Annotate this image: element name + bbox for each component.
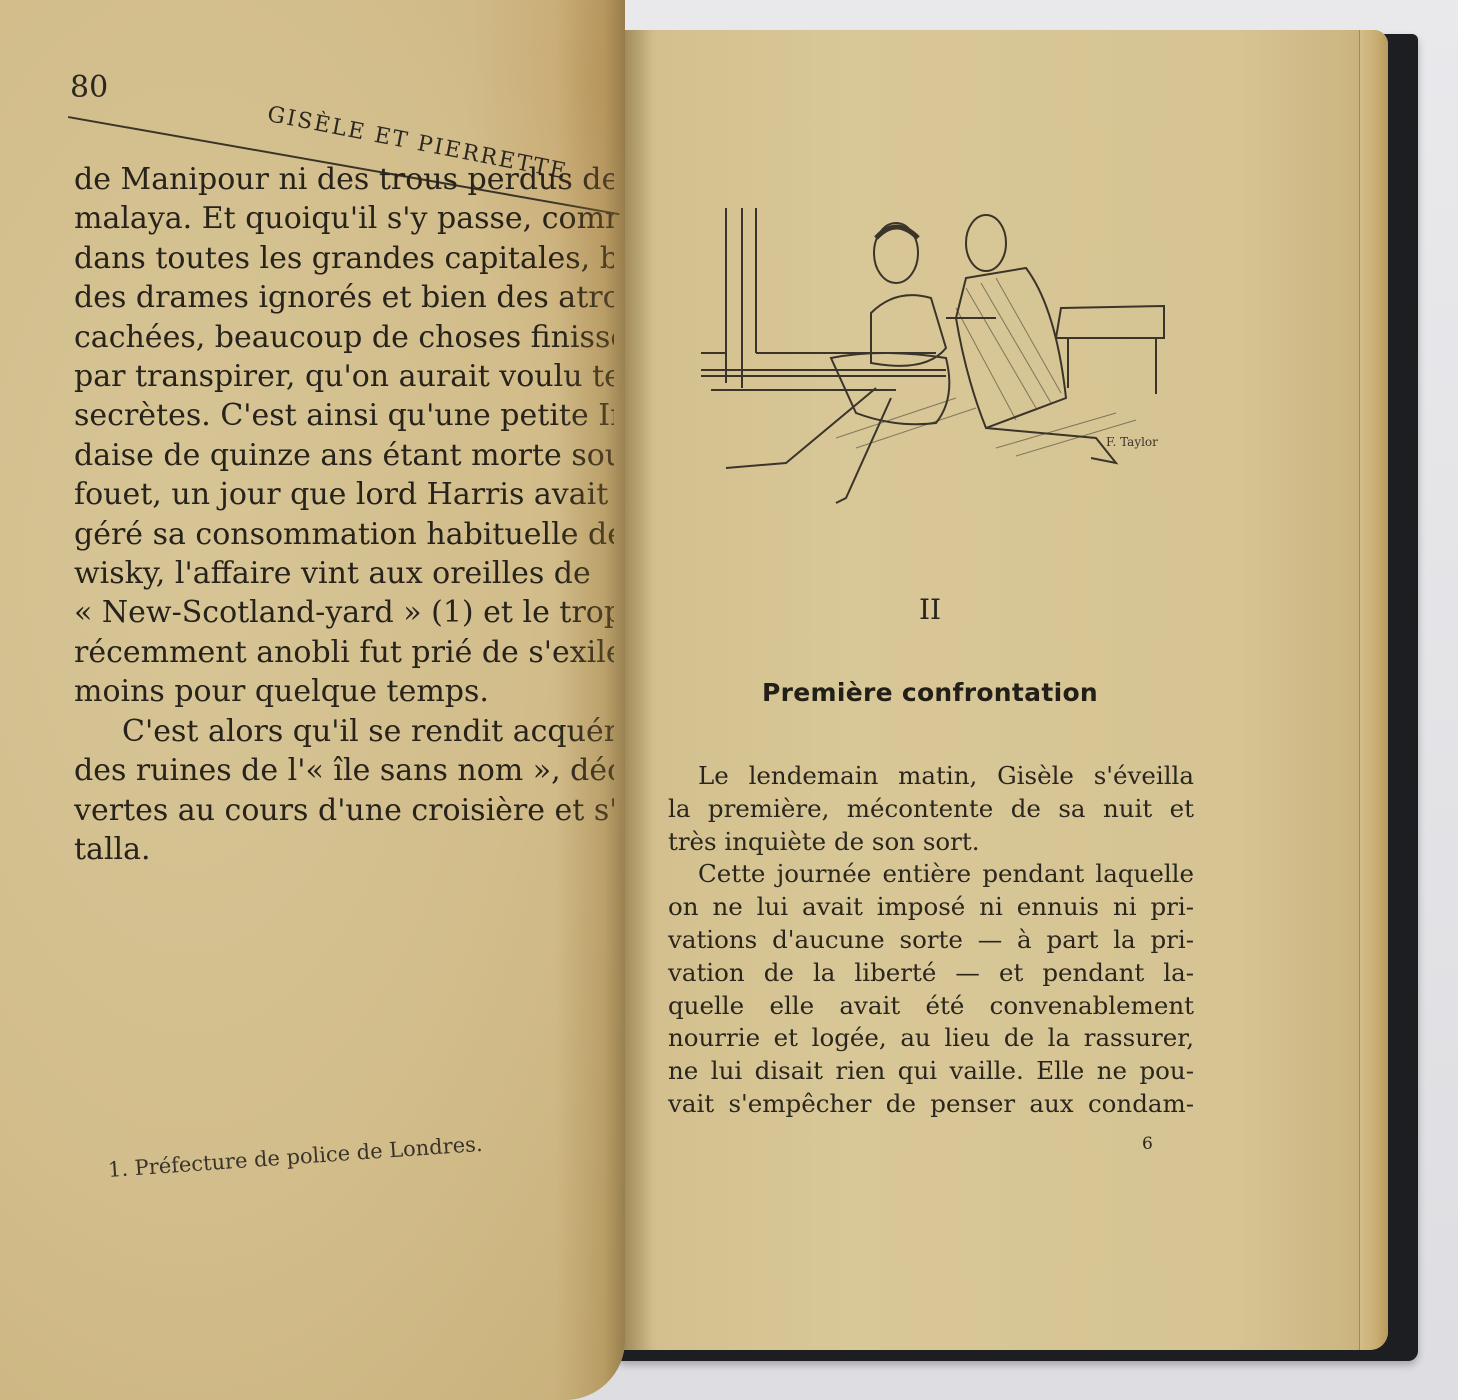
text-line: cachées, beaucoup de choses finissent [74,318,614,357]
text-line: malaya. Et quoiqu'il s'y passe, comme [74,199,614,238]
footnote: 1. Préfecture de police de Londres. [107,1132,483,1182]
chapter-title: Première confrontation [612,678,1248,707]
text-line: vertes au cours d'une croisière et s'y i… [74,791,614,830]
text-line: Le lendemain matin, Gisèle s'éveilla [668,760,1194,793]
right-page: F. Taylor II Première confrontation Le l… [612,30,1388,1350]
text-line: ne lui disait rien qui vaille. Elle ne p… [668,1055,1194,1088]
text-line: on ne lui avait imposé ni ennuis ni pri- [668,891,1194,924]
text-line: par transpirer, qu'on aurait voulu tenir [74,357,614,396]
text-line: « New-Scotland-yard » (1) et le trop [74,593,614,632]
text-line: fouet, un jour que lord Harris avait exa… [74,475,614,514]
signature-mark: 6 [1142,1134,1153,1154]
right-page-body: Le lendemain matin, Gisèle s'éveilla la … [668,760,1194,1121]
text-line: quelle elle avait été convenablement [668,990,1194,1023]
page-fore-edge [1359,30,1388,1350]
text-line: C'est alors qu'il se rendit acquéreur [74,712,614,751]
text-line: très inquiète de son sort. [668,826,1194,859]
chapter-number: II [612,593,1248,626]
text-line: vation de la liberté — et pendant la- [668,957,1194,990]
text-line: géré sa consommation habituelle de [74,515,614,554]
illustration-signature: F. Taylor [1106,435,1158,449]
page-number: 80 [70,70,108,105]
text-line: nourrie et logée, au lieu de la rassurer… [668,1022,1194,1055]
left-page-body: de Manipour ni des trous perdus de l'Hi-… [74,160,614,869]
text-line: daise de quinze ans étant morte sous le [74,436,614,475]
text-line: des ruines de l'« île sans nom », décou- [74,751,614,790]
illustration-icon: F. Taylor [696,198,1166,518]
text-line: Cette journée entière pendant laquelle [668,858,1194,891]
book-photo: F. Taylor II Première confrontation Le l… [0,0,1458,1400]
text-line: des drames ignorés et bien des atrocités [74,278,614,317]
text-line: moins pour quelque temps. [74,672,614,711]
text-line: secrètes. C'est ainsi qu'une petite Irla… [74,396,614,435]
text-line: dans toutes les grandes capitales, bien [74,239,614,278]
left-page: 80 GISÈLE ET PIERRETTE de Manipour ni de… [0,0,625,1400]
text-line: wisky, l'affaire vint aux oreilles de [74,554,614,593]
text-line: la première, mécontente de sa nuit et [668,793,1194,826]
text-line: vations d'aucune sorte — à part la pri- [668,924,1194,957]
text-line: de Manipour ni des trous perdus de l'Hi- [74,160,614,199]
text-line: talla. [74,830,614,869]
text-line: récemment anobli fut prié de s'exiler au [74,633,614,672]
text-line: vait s'empêcher de penser aux condam- [668,1088,1194,1121]
